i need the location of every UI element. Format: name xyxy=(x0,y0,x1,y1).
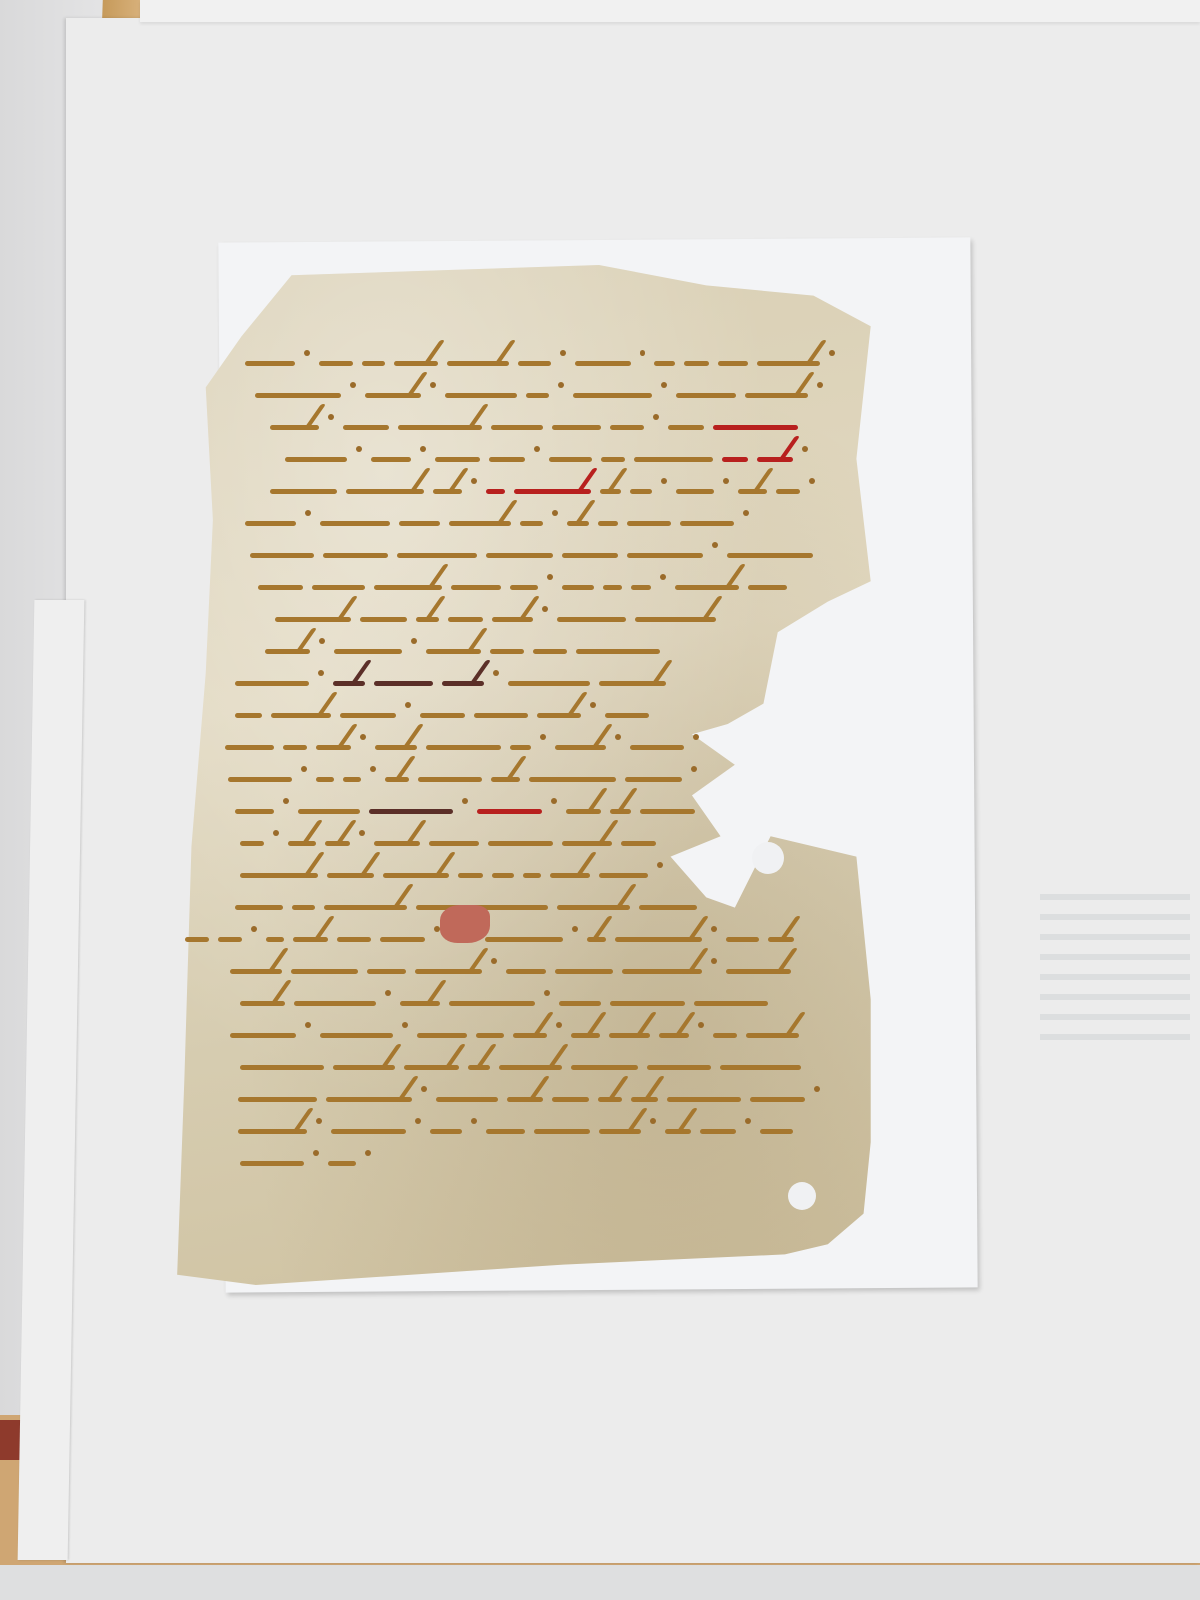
script-word xyxy=(599,681,666,686)
script-word xyxy=(486,489,505,494)
script-word xyxy=(420,713,465,718)
manuscript-line xyxy=(240,980,830,1006)
script-word xyxy=(727,553,813,558)
script-word xyxy=(415,969,482,974)
script-word xyxy=(343,777,361,782)
script-word xyxy=(340,713,396,718)
script-word xyxy=(573,393,652,398)
script-word xyxy=(435,457,480,462)
script-word xyxy=(491,425,543,430)
manuscript-line xyxy=(275,596,755,622)
script-word xyxy=(333,1065,395,1070)
script-word xyxy=(235,809,274,814)
script-word xyxy=(668,425,704,430)
punctuation-dot xyxy=(660,574,666,580)
script-word xyxy=(240,841,264,846)
script-word xyxy=(537,713,581,718)
manuscript-line xyxy=(235,788,705,814)
punctuation-dot xyxy=(802,446,808,452)
script-word xyxy=(374,585,442,590)
punctuation-dot xyxy=(493,670,499,676)
punctuation-dot xyxy=(657,862,663,868)
script-word xyxy=(285,457,347,462)
script-word xyxy=(630,489,652,494)
script-word xyxy=(458,873,483,878)
script-word xyxy=(228,777,292,782)
script-word xyxy=(430,1129,462,1134)
manuscript-line xyxy=(240,1140,450,1166)
punctuation-dot xyxy=(615,734,621,740)
punctuation-dot xyxy=(305,510,311,516)
script-word xyxy=(722,457,748,462)
manuscript-line xyxy=(225,724,745,750)
script-word xyxy=(757,361,820,366)
script-word xyxy=(514,489,591,494)
script-word xyxy=(383,873,449,878)
punctuation-dot xyxy=(817,382,823,388)
manuscript-line xyxy=(265,628,685,654)
script-word xyxy=(258,585,303,590)
script-word xyxy=(185,937,209,942)
script-word xyxy=(398,425,482,430)
script-word xyxy=(337,937,371,942)
punctuation-dot xyxy=(829,350,835,356)
punctuation-dot xyxy=(544,990,550,996)
script-word xyxy=(369,809,453,814)
script-word xyxy=(476,1033,504,1038)
punctuation-dot xyxy=(640,350,646,356)
script-word xyxy=(534,1129,590,1134)
script-word xyxy=(499,1065,562,1070)
script-word xyxy=(562,585,594,590)
script-word xyxy=(600,489,621,494)
script-word xyxy=(397,553,477,558)
script-word xyxy=(270,425,319,430)
punctuation-dot xyxy=(542,606,548,612)
script-word xyxy=(552,1097,589,1102)
punctuation-dot xyxy=(471,478,477,484)
manuscript-line xyxy=(250,532,830,558)
script-word xyxy=(360,617,407,622)
punctuation-dot xyxy=(405,702,411,708)
punctuation-dot xyxy=(365,1150,371,1156)
script-word xyxy=(400,1001,440,1006)
script-word xyxy=(426,649,481,654)
script-word xyxy=(508,681,590,686)
script-word xyxy=(571,1065,638,1070)
script-word xyxy=(320,521,390,526)
script-word xyxy=(647,1065,711,1070)
script-word xyxy=(700,1129,736,1134)
script-word xyxy=(631,1097,658,1102)
manuscript-line xyxy=(270,404,830,430)
punctuation-dot xyxy=(313,1150,319,1156)
script-word xyxy=(676,489,714,494)
manuscript-line xyxy=(228,756,718,782)
punctuation-dot xyxy=(385,990,391,996)
script-word xyxy=(571,1033,600,1038)
punctuation-dot xyxy=(540,734,546,740)
script-word xyxy=(426,745,501,750)
script-word xyxy=(603,585,622,590)
script-word xyxy=(615,937,702,942)
show-through-text xyxy=(1040,880,1190,1140)
script-word xyxy=(566,809,601,814)
punctuation-dot xyxy=(301,766,307,772)
script-word xyxy=(520,521,543,526)
manuscript-line xyxy=(185,916,825,942)
script-word xyxy=(328,1161,356,1166)
script-word xyxy=(238,1097,317,1102)
manuscript-line xyxy=(238,1076,828,1102)
punctuation-dot xyxy=(319,638,325,644)
punctuation-dot xyxy=(745,1118,751,1124)
manuscript-line xyxy=(245,500,830,526)
manuscript-line xyxy=(240,820,700,846)
script-word xyxy=(245,361,295,366)
script-word xyxy=(225,745,274,750)
manuscript-line xyxy=(235,692,705,718)
punctuation-dot xyxy=(693,734,699,740)
script-word xyxy=(557,905,630,910)
punctuation-dot xyxy=(653,414,659,420)
script-word xyxy=(255,393,341,398)
script-word xyxy=(486,1129,525,1134)
script-word xyxy=(433,489,462,494)
script-word xyxy=(362,361,384,366)
script-word xyxy=(654,361,674,366)
script-word xyxy=(680,521,734,526)
script-word xyxy=(312,585,365,590)
script-word xyxy=(365,393,421,398)
script-word xyxy=(562,841,612,846)
script-word xyxy=(448,617,483,622)
script-word xyxy=(601,457,625,462)
script-word xyxy=(218,937,242,942)
script-word xyxy=(587,937,606,942)
manuscript-line xyxy=(240,1044,830,1070)
script-word xyxy=(634,457,713,462)
script-word xyxy=(599,873,648,878)
script-word xyxy=(442,681,484,686)
script-word xyxy=(293,937,328,942)
punctuation-dot xyxy=(273,830,279,836)
script-word xyxy=(713,425,798,430)
script-word xyxy=(235,713,262,718)
script-word xyxy=(288,841,316,846)
script-word xyxy=(235,681,309,686)
punctuation-dot xyxy=(590,702,596,708)
script-word xyxy=(598,1097,622,1102)
script-word xyxy=(492,873,514,878)
script-word xyxy=(374,841,420,846)
script-word xyxy=(449,521,511,526)
punctuation-dot xyxy=(691,766,697,772)
script-word xyxy=(240,1065,324,1070)
manuscript-line xyxy=(270,468,830,494)
manuscript-line xyxy=(235,884,765,910)
punctuation-dot xyxy=(723,478,729,484)
script-word xyxy=(610,809,631,814)
script-word xyxy=(331,1129,406,1134)
script-word xyxy=(294,1001,376,1006)
script-word xyxy=(404,1065,459,1070)
manuscript-line xyxy=(230,948,825,974)
script-word xyxy=(625,777,682,782)
script-word xyxy=(334,649,402,654)
script-word xyxy=(550,873,590,878)
script-word xyxy=(510,585,538,590)
punctuation-dot xyxy=(328,414,334,420)
script-word xyxy=(746,1033,799,1038)
script-word xyxy=(491,777,520,782)
punctuation-dot xyxy=(711,958,717,964)
script-word xyxy=(367,969,406,974)
script-word xyxy=(250,553,314,558)
punctuation-dot xyxy=(661,478,667,484)
punctuation-dot xyxy=(420,446,426,452)
punctuation-dot xyxy=(318,670,324,676)
script-word xyxy=(621,841,656,846)
manuscript-line xyxy=(285,436,830,462)
punctuation-dot xyxy=(283,798,289,804)
script-word xyxy=(385,777,409,782)
punctuation-dot xyxy=(809,478,815,484)
punctuation-dot xyxy=(558,382,564,388)
script-word xyxy=(526,393,549,398)
punctuation-dot xyxy=(712,542,718,548)
punctuation-dot xyxy=(698,1022,704,1028)
punctuation-dot xyxy=(661,382,667,388)
script-word xyxy=(492,617,533,622)
script-word xyxy=(417,1033,467,1038)
punctuation-dot xyxy=(316,1118,322,1124)
script-word xyxy=(513,1033,547,1038)
script-word xyxy=(745,393,808,398)
script-word xyxy=(557,617,626,622)
script-word xyxy=(507,1097,543,1102)
punctuation-dot xyxy=(356,446,362,452)
punctuation-dot xyxy=(305,1022,311,1028)
punctuation-dot xyxy=(552,510,558,516)
manuscript-hole xyxy=(788,1182,816,1210)
script-word xyxy=(631,585,651,590)
script-word xyxy=(489,457,525,462)
script-word xyxy=(275,617,351,622)
script-word xyxy=(245,521,296,526)
script-word xyxy=(436,1097,498,1102)
script-word xyxy=(416,617,439,622)
script-word xyxy=(552,425,601,430)
script-word xyxy=(533,649,567,654)
script-word xyxy=(468,1065,490,1070)
script-word xyxy=(240,1161,304,1166)
punctuation-dot xyxy=(743,510,749,516)
script-word xyxy=(474,713,528,718)
script-word xyxy=(720,1065,801,1070)
punctuation-dot xyxy=(411,638,417,644)
script-word xyxy=(627,521,671,526)
script-word xyxy=(750,1097,805,1102)
script-word xyxy=(529,777,616,782)
script-word xyxy=(447,361,509,366)
script-word xyxy=(555,969,613,974)
script-word xyxy=(599,1129,641,1134)
script-word xyxy=(235,905,283,910)
script-word xyxy=(270,489,337,494)
punctuation-dot xyxy=(370,766,376,772)
punctuation-dot xyxy=(534,446,540,452)
script-word xyxy=(609,1033,650,1038)
script-word xyxy=(327,873,374,878)
manuscript-line xyxy=(240,852,720,878)
script-word xyxy=(598,521,618,526)
script-word xyxy=(549,457,592,462)
script-word xyxy=(639,905,697,910)
script-word xyxy=(738,489,767,494)
script-word xyxy=(266,937,284,942)
script-word xyxy=(488,841,553,846)
script-word xyxy=(374,681,433,686)
script-word xyxy=(316,745,351,750)
script-word xyxy=(343,425,389,430)
photo-scene: Syriac xyxy=(0,0,1200,1600)
script-word xyxy=(449,1001,535,1006)
punctuation-dot xyxy=(415,1118,421,1124)
script-word xyxy=(562,553,618,558)
script-word xyxy=(323,553,388,558)
script-word xyxy=(630,745,684,750)
script-word xyxy=(567,521,589,526)
punctuation-dot xyxy=(350,382,356,388)
script-word xyxy=(726,937,759,942)
script-word xyxy=(640,809,695,814)
script-word xyxy=(346,489,424,494)
script-word xyxy=(486,553,553,558)
script-word xyxy=(291,969,358,974)
mount-top-fold xyxy=(140,0,1200,22)
script-word xyxy=(748,585,787,590)
script-word xyxy=(559,1001,601,1006)
manuscript-hole xyxy=(752,842,784,874)
script-word xyxy=(240,1001,285,1006)
script-word xyxy=(518,361,551,366)
red-wax-patch xyxy=(440,905,490,943)
script-word xyxy=(240,873,318,878)
punctuation-dot xyxy=(711,926,717,932)
script-word xyxy=(713,1033,737,1038)
script-word xyxy=(760,1129,793,1134)
script-word xyxy=(694,1001,768,1006)
script-word xyxy=(675,585,739,590)
script-word xyxy=(726,969,791,974)
script-word xyxy=(292,905,315,910)
script-word xyxy=(418,777,482,782)
script-word xyxy=(776,489,800,494)
script-word xyxy=(230,969,282,974)
punctuation-dot xyxy=(556,1022,562,1028)
script-word xyxy=(665,1129,691,1134)
punctuation-dot xyxy=(471,1118,477,1124)
script-word xyxy=(238,1129,307,1134)
punctuation-dot xyxy=(650,1118,656,1124)
script-word xyxy=(477,809,542,814)
script-word xyxy=(490,649,524,654)
script-word xyxy=(283,745,307,750)
script-word xyxy=(684,361,709,366)
script-word xyxy=(298,809,360,814)
script-word xyxy=(271,713,331,718)
script-word xyxy=(394,361,439,366)
script-word xyxy=(399,521,440,526)
manuscript-line xyxy=(255,372,835,398)
manuscript-line xyxy=(258,564,818,590)
punctuation-dot xyxy=(251,926,257,932)
manuscript-line xyxy=(238,1108,828,1134)
punctuation-dot xyxy=(560,350,566,356)
punctuation-dot xyxy=(421,1086,427,1092)
script-word xyxy=(371,457,411,462)
script-word xyxy=(265,649,310,654)
script-word xyxy=(635,617,716,622)
script-word xyxy=(555,745,606,750)
punctuation-dot xyxy=(304,350,310,356)
script-word xyxy=(230,1033,296,1038)
script-word xyxy=(326,1097,412,1102)
script-word xyxy=(320,1033,393,1038)
script-word xyxy=(316,777,334,782)
script-word xyxy=(375,745,417,750)
manuscript-line xyxy=(245,340,835,366)
script-word xyxy=(605,713,649,718)
script-word xyxy=(667,1097,741,1102)
script-word xyxy=(718,361,748,366)
punctuation-dot xyxy=(402,1022,408,1028)
script-word xyxy=(319,361,353,366)
script-word xyxy=(429,841,479,846)
script-word xyxy=(610,1001,685,1006)
punctuation-dot xyxy=(491,958,497,964)
script-word xyxy=(324,905,407,910)
script-word xyxy=(506,969,546,974)
script-word xyxy=(659,1033,689,1038)
script-word xyxy=(333,681,365,686)
punctuation-dot xyxy=(462,798,468,804)
script-word xyxy=(768,937,794,942)
punctuation-dot xyxy=(551,798,557,804)
script-word xyxy=(627,553,703,558)
script-word xyxy=(622,969,702,974)
script-word xyxy=(445,393,517,398)
manuscript-line xyxy=(230,1012,835,1038)
script-word xyxy=(676,393,736,398)
punctuation-dot xyxy=(360,734,366,740)
punctuation-dot xyxy=(359,830,365,836)
script-word xyxy=(380,937,425,942)
punctuation-dot xyxy=(814,1086,820,1092)
script-word xyxy=(523,873,541,878)
script-word xyxy=(757,457,793,462)
script-word xyxy=(575,361,630,366)
script-word xyxy=(451,585,501,590)
script-word xyxy=(610,425,644,430)
punctuation-dot xyxy=(572,926,578,932)
script-word xyxy=(576,649,660,654)
script-word xyxy=(485,937,563,942)
punctuation-dot xyxy=(547,574,553,580)
script-word xyxy=(510,745,531,750)
punctuation-dot xyxy=(430,382,436,388)
